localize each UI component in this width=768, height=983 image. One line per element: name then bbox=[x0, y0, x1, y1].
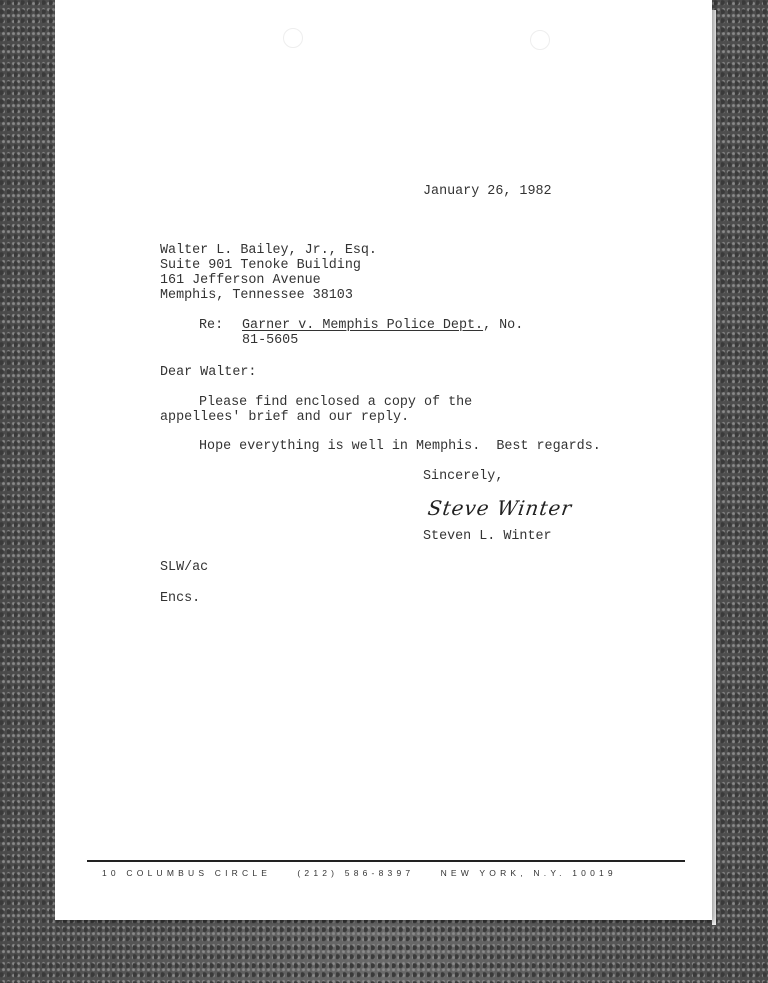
letterhead-rule bbox=[87, 860, 685, 862]
recipient-address-line: 161 Jefferson Avenue bbox=[160, 274, 321, 289]
handwritten-signature: Steve Winter bbox=[426, 496, 573, 520]
re-label: Re: bbox=[199, 319, 223, 334]
re-line: Garner v. Memphis Police Dept., No. bbox=[242, 319, 523, 334]
recipient-address-line: Memphis, Tennessee 38103 bbox=[160, 289, 353, 304]
recipient-address-line: Suite 901 Tenoke Building bbox=[160, 259, 361, 274]
letterhead-footer: 10 COLUMBUS CIRCLE (212) 586-8397 NEW YO… bbox=[102, 868, 617, 878]
closing: Sincerely, bbox=[423, 470, 503, 485]
letter-page bbox=[55, 0, 712, 920]
punch-hole-mark bbox=[283, 28, 303, 48]
punch-hole-mark bbox=[530, 30, 550, 50]
salutation: Dear Walter: bbox=[160, 366, 256, 381]
body-line: appellees' brief and our reply. bbox=[160, 411, 409, 426]
typist-initials: SLW/ac bbox=[160, 561, 208, 576]
body-line: Hope everything is well in Memphis. Best… bbox=[199, 440, 601, 455]
enclosures-note: Encs. bbox=[160, 592, 200, 607]
footer-city: NEW YORK, N.Y. 10019 bbox=[441, 868, 617, 878]
page-edge bbox=[712, 10, 716, 925]
case-name: Garner v. Memphis Police Dept. bbox=[242, 318, 483, 333]
footer-phone: (212) 586-8397 bbox=[297, 868, 414, 878]
recipient-name: Walter L. Bailey, Jr., Esq. bbox=[160, 244, 377, 259]
case-suffix: , No. bbox=[483, 318, 523, 333]
body-line: Please find enclosed a copy of the bbox=[199, 396, 472, 411]
signer-name: Steven L. Winter bbox=[423, 530, 552, 545]
letter-date: January 26, 1982 bbox=[423, 185, 552, 200]
footer-address: 10 COLUMBUS CIRCLE bbox=[102, 868, 271, 878]
case-number: 81-5605 bbox=[242, 334, 298, 349]
